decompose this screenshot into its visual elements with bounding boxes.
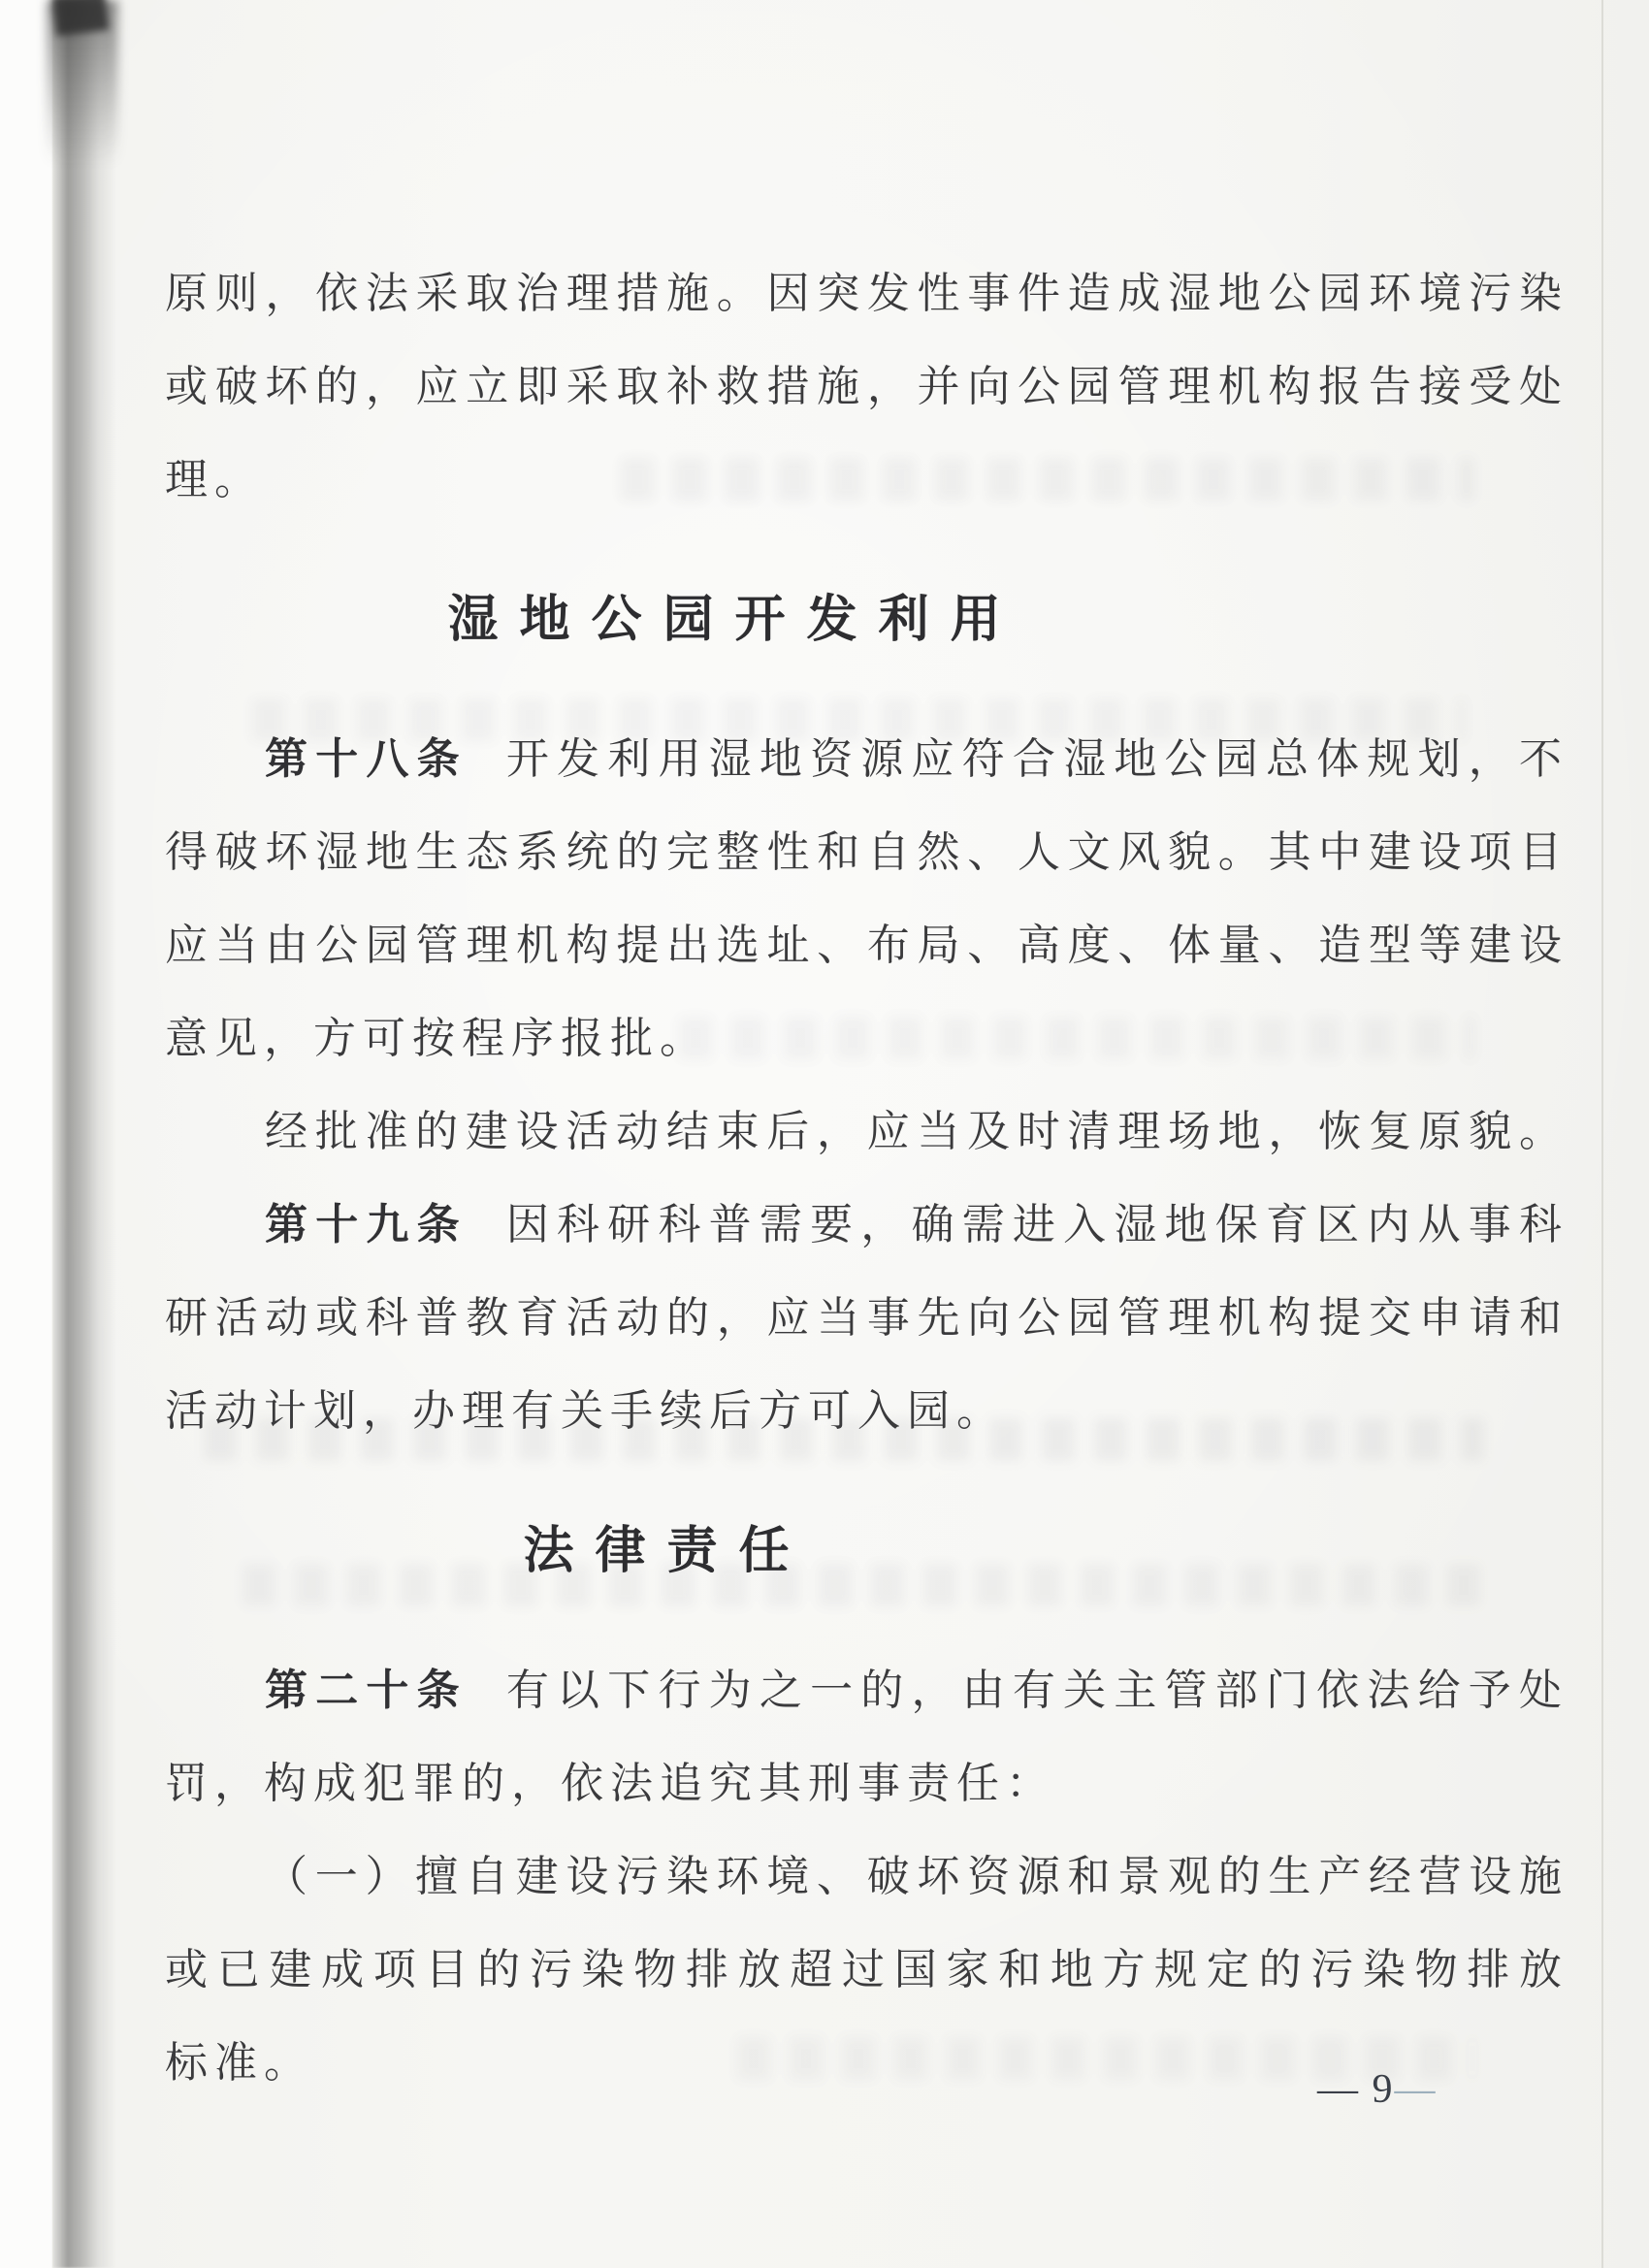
text-line: 应当由公园管理机构提出选址、布局、高度、体量、造型等建设: [165, 899, 1567, 992]
text-line: （一）擅自建设污染环境、破坏资源和景观的生产经营设施: [165, 1831, 1567, 1924]
page-number-value: 9: [1373, 2067, 1395, 2112]
text-line: 或已建成项目的污染物排放超过国家和地方规定的污染物排放: [165, 1924, 1567, 2017]
text-segment: 意见，方可按程序报批。: [165, 1015, 709, 1062]
text-segment: 活动计划，办理有关手续后方可入园。: [165, 1387, 1006, 1435]
text-line: 理。: [165, 434, 1567, 527]
text-segment: 应当由公园管理机构提出选址、布局、高度、体量、造型等建设: [165, 922, 1567, 969]
page-number-suffix: —: [1395, 2067, 1438, 2112]
text-segment: 开发利用湿地资源应符合湿地公园总体规划，不: [506, 735, 1567, 783]
text-segment: 研活动或科普教育活动的，应当事先向公园管理机构提交申请和: [165, 1294, 1567, 1342]
text-segment: 有以下行为之一的，由有关主管部门依法给予处: [506, 1667, 1567, 1714]
scan-edge-line: [1601, 0, 1603, 2268]
text-segment: 得破坏湿地生态系统的完整性和自然、人文风貌。其中建设项目: [165, 828, 1567, 876]
text-line: 罚，构成犯罪的，依法追究其刑事责任：: [165, 1737, 1567, 1831]
article-number-lead: 第二十条: [265, 1667, 468, 1714]
text-line: 活动计划，办理有关手续后方可入园。: [165, 1365, 1567, 1458]
scan-left-margin: [0, 0, 52, 2268]
text-segment: 因科研科普需要，确需进入湿地保育区内从事科: [506, 1201, 1567, 1248]
document-text: 原则，依法采取治理措施。因突发性事件造成湿地公园环境污染或破坏的，应立即采取补救…: [165, 247, 1567, 2110]
text-line: 原则，依法采取治理措施。因突发性事件造成湿地公园环境污染: [165, 247, 1567, 340]
text-line: 意见，方可按程序报批。: [165, 992, 1567, 1085]
page-number: — 9—: [1317, 2064, 1438, 2115]
text-line: 第十九条因科研科普需要，确需进入湿地保育区内从事科: [165, 1179, 1567, 1272]
text-line: 第二十条有以下行为之一的，由有关主管部门依法给予处: [165, 1644, 1567, 1737]
article-number-lead: 第十九条: [265, 1201, 468, 1248]
text-line: 得破坏湿地生态系统的完整性和自然、人文风貌。其中建设项目: [165, 806, 1567, 899]
binding-corner-mark: [52, 0, 110, 36]
text-line: 或破坏的，应立即采取补救措施，并向公园管理机构报告接受处: [165, 340, 1567, 434]
scanned-document-page: 原则，依法采取治理措施。因突发性事件造成湿地公园环境污染或破坏的，应立即采取补救…: [0, 0, 1649, 2268]
text-segment: 经批准的建设活动结束后，应当及时清理场地，恢复原貌。: [265, 1108, 1567, 1155]
text-segment: （一）擅自建设污染环境、破坏资源和景观的生产经营设施: [265, 1853, 1567, 1900]
section-heading: 法律责任: [0, 1505, 1368, 1598]
binding-shadow: [52, 0, 116, 2268]
article-number-lead: 第十八条: [265, 735, 468, 783]
text-line: 研活动或科普教育活动的，应当事先向公园管理机构提交申请和: [165, 1272, 1567, 1365]
text-segment: 原则，依法采取治理措施。因突发性事件造成湿地公园环境污染: [165, 270, 1567, 317]
text-segment: 或破坏的，应立即采取补救措施，并向公园管理机构报告接受处: [165, 363, 1567, 410]
section-heading: 湿地公园开发利用: [34, 573, 1436, 666]
page-number-prefix: —: [1317, 2067, 1373, 2112]
text-line: 经批准的建设活动结束后，应当及时清理场地，恢复原貌。: [165, 1085, 1567, 1179]
text-segment: 理。: [165, 456, 264, 503]
text-line: 第十八条开发利用湿地资源应符合湿地公园总体规划，不: [165, 713, 1567, 806]
text-segment: 标准。: [165, 2039, 313, 2087]
text-segment: 罚，构成犯罪的，依法追究其刑事责任：: [165, 1760, 1055, 1807]
text-segment: 或已建成项目的污染物排放超过国家和地方规定的污染物排放: [165, 1946, 1567, 1993]
